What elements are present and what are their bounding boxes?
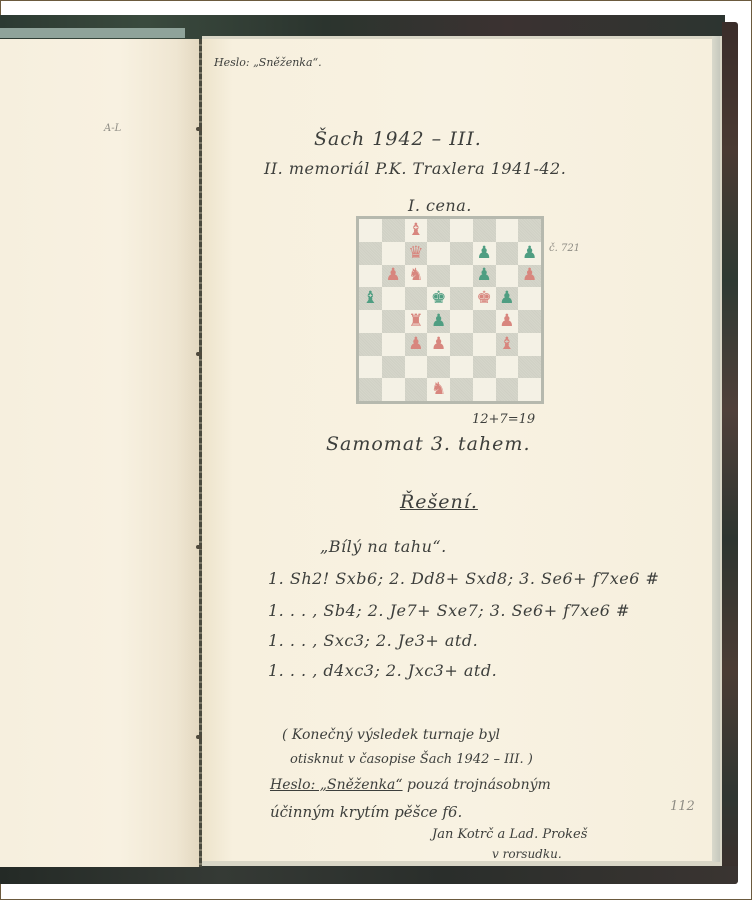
solution-line-1: 1. Sh2! Sxb6; 2. Dd8+ Sxd8; 3. Se6+ f7xe… — [268, 569, 659, 588]
square-a3 — [359, 333, 382, 356]
square-f8 — [473, 219, 496, 242]
tournament-name: II. memoriál P.K. Traxlera 1941-42. — [264, 159, 566, 178]
square-d7 — [427, 242, 450, 265]
authors: Jan Kotrč a Lad. Prokeš — [432, 827, 587, 842]
square-d5: ♚ — [427, 287, 450, 310]
white-king-icon: ♚ — [477, 290, 492, 307]
white-pawn-icon: ♟ — [522, 267, 537, 284]
square-f1 — [473, 378, 496, 401]
prize-label: I. cena. — [408, 196, 472, 215]
square-c2 — [405, 356, 428, 379]
endpaper — [0, 28, 185, 38]
square-f6: ♟ — [473, 265, 496, 288]
square-h6: ♟ — [518, 265, 541, 288]
square-e6 — [450, 265, 473, 288]
square-h4 — [518, 310, 541, 333]
white-knight-icon: ♞ — [408, 267, 423, 284]
black-king-icon: ♚ — [431, 290, 446, 307]
square-f3 — [473, 333, 496, 356]
white-knight-icon: ♞ — [431, 381, 446, 398]
chess-board: ♝♛♟♟♟♞♟♟♝♚♚♟♜♟♟♟♟♝♞ — [359, 219, 541, 401]
square-d8 — [427, 219, 450, 242]
square-b3 — [382, 333, 405, 356]
square-e1 — [450, 378, 473, 401]
square-c1 — [405, 378, 428, 401]
square-e7 — [450, 242, 473, 265]
square-h1 — [518, 378, 541, 401]
white-queen-icon: ♛ — [408, 245, 423, 262]
note-line-2: otisknut v časopise Šach 1942 – III. ) — [290, 752, 533, 767]
stipulation: Samomat 3. tahem. — [326, 433, 531, 455]
square-b7 — [382, 242, 405, 265]
square-c7: ♛ — [405, 242, 428, 265]
square-c6: ♞ — [405, 265, 428, 288]
square-e2 — [450, 356, 473, 379]
square-c4: ♜ — [405, 310, 428, 333]
square-a8 — [359, 219, 382, 242]
square-h7: ♟ — [518, 242, 541, 265]
motto-line-2: účinným krytím pěšce f6. — [270, 803, 462, 821]
square-b2 — [382, 356, 405, 379]
square-a1 — [359, 378, 382, 401]
square-f4 — [473, 310, 496, 333]
white-pawn-icon: ♟ — [499, 313, 514, 330]
page-edge — [712, 36, 720, 862]
white-pawn-icon: ♟ — [431, 336, 446, 353]
white-pawn-icon: ♟ — [408, 336, 423, 353]
square-d6 — [427, 265, 450, 288]
square-g3: ♝ — [496, 333, 519, 356]
square-g2 — [496, 356, 519, 379]
solution-line-3: 1. . . , Sxc3; 2. Je3+ atd. — [268, 631, 478, 650]
white-bishop-icon: ♝ — [408, 222, 423, 239]
square-a6 — [359, 265, 382, 288]
square-a2 — [359, 356, 382, 379]
square-b1 — [382, 378, 405, 401]
square-d4: ♟ — [427, 310, 450, 333]
left-page: A-L — [0, 39, 200, 867]
square-h2 — [518, 356, 541, 379]
square-e5 — [450, 287, 473, 310]
square-b5 — [382, 287, 405, 310]
square-h8 — [518, 219, 541, 242]
black-pawn-icon: ♟ — [477, 245, 492, 262]
black-pawn-icon: ♟ — [522, 245, 537, 262]
square-h5 — [518, 287, 541, 310]
piece-count: 12+7=19 — [472, 412, 535, 427]
page-number: 112 — [670, 799, 695, 814]
motto-bottom-rest: pouzá trojnásobným — [403, 777, 551, 793]
chess-diagram: ♝♛♟♟♟♞♟♟♝♚♚♟♜♟♟♟♟♝♞ — [356, 216, 544, 404]
square-d3: ♟ — [427, 333, 450, 356]
square-e4 — [450, 310, 473, 333]
square-e3 — [450, 333, 473, 356]
square-a7 — [359, 242, 382, 265]
square-f2 — [473, 356, 496, 379]
book-cover-right — [722, 22, 738, 884]
square-d1: ♞ — [427, 378, 450, 401]
square-c5 — [405, 287, 428, 310]
square-b6: ♟ — [382, 265, 405, 288]
square-d2 — [427, 356, 450, 379]
white-rook-icon: ♜ — [408, 313, 423, 330]
black-pawn-icon: ♟ — [477, 267, 492, 284]
square-a5: ♝ — [359, 287, 382, 310]
black-bishop-icon: ♝ — [363, 290, 378, 307]
square-g7 — [496, 242, 519, 265]
square-c8: ♝ — [405, 219, 428, 242]
page-heading: Šach 1942 – III. — [314, 128, 482, 150]
pencil-mark: A-L — [104, 123, 121, 134]
white-bishop-icon: ♝ — [499, 336, 514, 353]
note-line-1: ( Konečný výsledek turnaje byl — [282, 727, 500, 743]
square-g8 — [496, 219, 519, 242]
book-cover-bottom — [0, 866, 738, 884]
black-pawn-icon: ♟ — [499, 290, 514, 307]
square-a4 — [359, 310, 382, 333]
right-page: Heslo: „Sněženka“. Šach 1942 – III. II. … — [202, 39, 712, 861]
white-pawn-icon: ♟ — [386, 267, 401, 284]
square-b4 — [382, 310, 405, 333]
motto-bottom: Heslo: „Sněženka“ pouzá trojnásobným — [270, 777, 551, 793]
square-g5: ♟ — [496, 287, 519, 310]
square-f5: ♚ — [473, 287, 496, 310]
square-g1 — [496, 378, 519, 401]
square-f7: ♟ — [473, 242, 496, 265]
square-g6 — [496, 265, 519, 288]
solution-line-4: 1. . . , d4xc3; 2. Jxc3+ atd. — [268, 661, 497, 680]
square-h3 — [518, 333, 541, 356]
problem-number: č. 721 — [549, 243, 580, 254]
square-c3: ♟ — [405, 333, 428, 356]
motto-top: Heslo: „Sněženka“. — [214, 56, 322, 69]
authors-note: v rorsudku. — [492, 847, 562, 861]
black-pawn-icon: ♟ — [431, 313, 446, 330]
square-g4: ♟ — [496, 310, 519, 333]
square-e8 — [450, 219, 473, 242]
square-b8 — [382, 219, 405, 242]
solution-line-2: 1. . . , Sb4; 2. Je7+ Sxe7; 3. Se6+ f7xe… — [268, 601, 630, 620]
solution-title: Řešení. — [400, 491, 478, 513]
theme-name: „Bílý na tahu“. — [320, 537, 447, 556]
motto-bottom-label: Heslo: „Sněženka“ — [270, 777, 403, 793]
